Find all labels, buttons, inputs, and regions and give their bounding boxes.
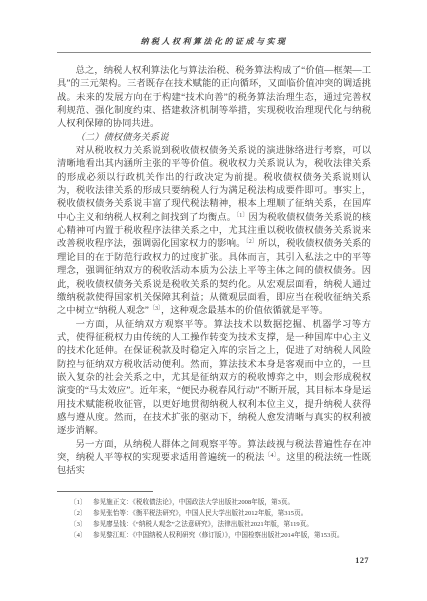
document-page: 纳税人权利算法化的证成与实现 总之，纳税人权利算法化与算法治税、税务算法构成了“… xyxy=(0,0,427,601)
footnote-item-text: 参见施正文：《税收债法论》，中国政法大学出版社2008年版，第3页。 xyxy=(93,497,371,508)
page-number: 127 xyxy=(355,556,369,565)
footnotes-section: 〔1〕参见施正文：《税收债法论》，中国政法大学出版社2008年版，第3页。〔2〕… xyxy=(57,491,371,541)
text-run: ，这种观念最基本的价值依循就是平等。 xyxy=(161,306,328,316)
footnote-item-marker: 〔2〕 xyxy=(70,508,93,519)
paragraph: 对从税收权力关系说到税收债权债务关系说的演进脉络进行考察，可以清晰地看出其内涵所… xyxy=(57,145,371,318)
footnote-marker: 〔1〕 xyxy=(236,213,248,219)
footnote-item-text: 参见张怡等：《衡平税法研究》，中国人民大学出版社2012年版，第315页。 xyxy=(93,508,371,519)
footnote-item-marker: 〔1〕 xyxy=(70,497,93,508)
footnote-item: 〔2〕参见张怡等：《衡平税法研究》，中国人民大学出版社2012年版，第315页。 xyxy=(57,508,371,519)
text-run: 总之，纳税人权利算法化与算法治税、税务算法构成了“价值—框架—工具”的三元架构。… xyxy=(57,66,371,129)
text-run: 所以，税收债权债务关系的理论目的在于防范行政权力的过度扩张。具体而言，其引入私法… xyxy=(57,239,371,316)
section-heading: （二）债权债务关系说 xyxy=(57,132,371,145)
footnote-item-text: 参见黎江虹：《中国纳税人权利研究（修订版）》，中国检察出版社2014年版，第15… xyxy=(93,530,371,541)
running-header-title: 纳税人权利算法化的证成与实现 xyxy=(57,36,371,47)
footnote-item: 〔4〕参见黎江虹：《中国纳税人权利研究（修订版）》，中国检察出版社2014年版，… xyxy=(57,530,371,541)
footnote-item-text: 参见廖呈钱：《“纳税人观念”之法意研究》，法律出版社2021年版，第119页。 xyxy=(93,519,371,530)
footnote-separator-rule xyxy=(57,491,153,492)
header-rule xyxy=(57,52,371,53)
paragraph: 一方面，从征纳双方观察平等。算法技术以数据挖掘、机器学习等方式，使得征税权力由传… xyxy=(57,319,371,439)
footnote-item-marker: 〔4〕 xyxy=(70,530,93,541)
text-run: （二）债权债务关系说 xyxy=(76,133,169,143)
footnote-marker: 〔3〕 xyxy=(149,306,161,312)
footnote-item-marker: 〔3〕 xyxy=(70,519,93,530)
footnote-marker: 〔4〕 xyxy=(264,453,276,459)
footnote-item: 〔3〕参见廖呈钱：《“纳税人观念”之法意研究》，法律出版社2021年版，第119… xyxy=(57,519,371,530)
footnote-list: 〔1〕参见施正文：《税收债法论》，中国政法大学出版社2008年版，第3页。〔2〕… xyxy=(57,497,371,541)
paragraph: 另一方面，从纳税人群体之间观察平等。算法歧视与税法普遍性存在冲突，纳税人平等权的… xyxy=(57,439,371,479)
text-run: 一方面，从征纳双方观察平等。算法技术以数据挖掘、机器学习等方式，使得征税权力由传… xyxy=(57,320,371,437)
footnote-item: 〔1〕参见施正文：《税收债法论》，中国政法大学出版社2008年版，第3页。 xyxy=(57,497,371,508)
paragraph: 总之，纳税人权利算法化与算法治税、税务算法构成了“价值—框架—工具”的三元架构。… xyxy=(57,65,371,132)
text-run: 对从税收权力关系说到税收债权债务关系说的演进脉络进行考察，可以清晰地看出其内涵所… xyxy=(57,146,371,223)
footnote-marker: 〔2〕 xyxy=(246,239,258,245)
body-text: 总之，纳税人权利算法化与算法治税、税务算法构成了“价值—框架—工具”的三元架构。… xyxy=(57,65,371,479)
